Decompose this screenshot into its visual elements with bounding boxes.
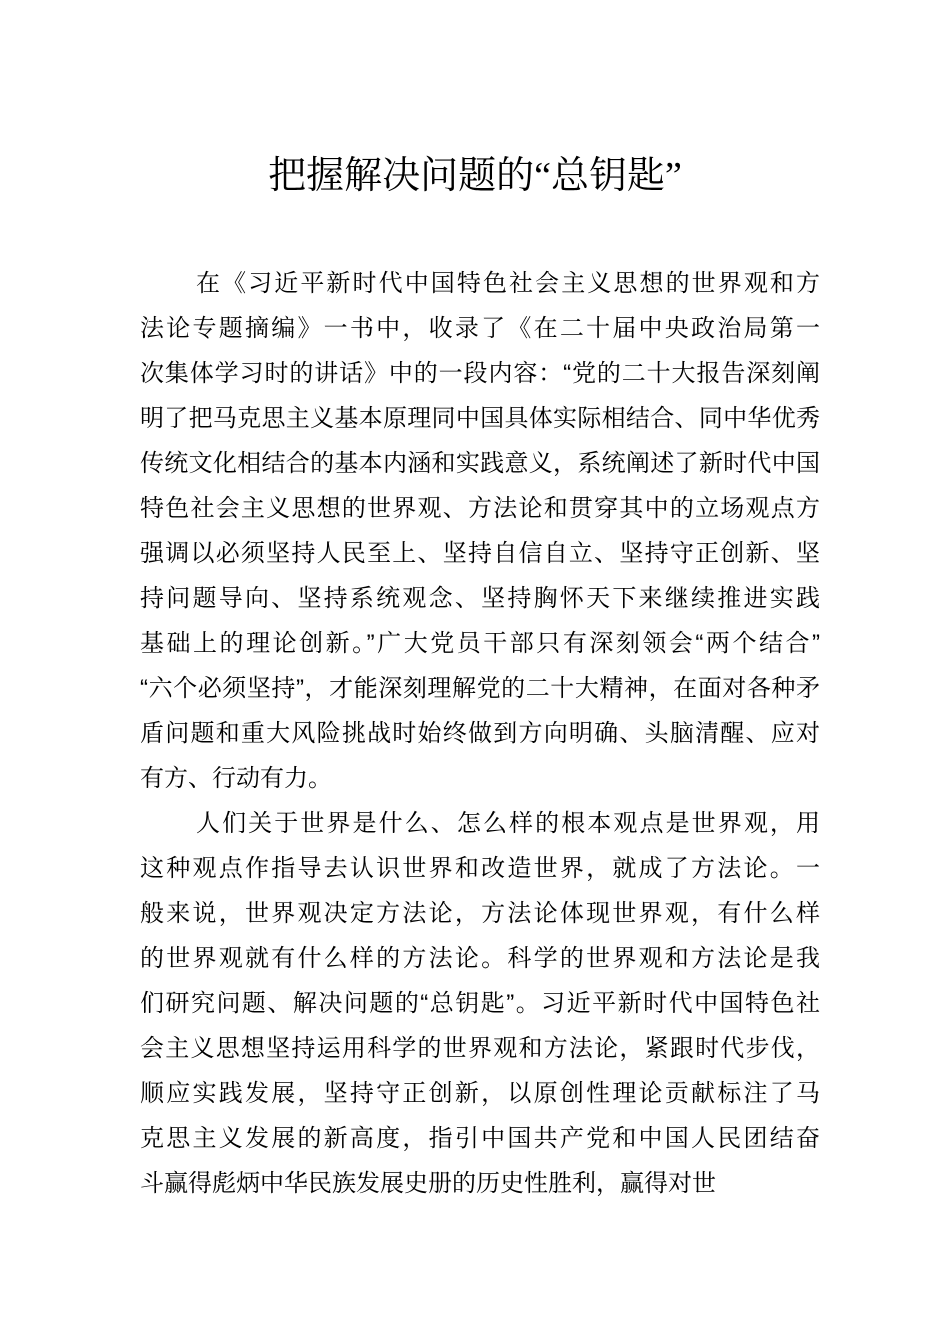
text-line: 特色社会主义思想的世界观、方法论和贯穿其中的立场观点方法， [140, 486, 820, 531]
text-line: 在《习近平新时代中国特色社会主义思想的世界观和方 [140, 261, 820, 306]
text-line: 会主义思想坚持运用科学的世界观和方法论，紧跟时代步伐， [140, 1026, 820, 1071]
text-line: 斗赢得彪炳中华民族发展史册的历史性胜利，赢得对世 [140, 1161, 820, 1206]
text-line: 盾问题和重大风险挑战时始终做到方向明确、头脑清醒、应对 [140, 711, 820, 756]
text-line: 般来说，世界观决定方法论，方法论体现世界观，有什么样 [140, 891, 820, 936]
text-line: 持问题导向、坚持系统观念、坚持胸怀天下来继续推进实践 [140, 576, 820, 621]
text-line: 明了把马克思主义基本原理同中国具体实际相结合、同中华优秀 [140, 396, 820, 441]
text-line: 法论专题摘编》一书中，收录了《在二十届中央政治局第一 [140, 306, 820, 351]
document-body: 在《习近平新时代中国特色社会主义思想的世界观和方法论专题摘编》一书中，收录了《在… [140, 261, 820, 1206]
text-line: 强调以必须坚持人民至上、坚持自信自立、坚持守正创新、坚 [140, 531, 820, 576]
text-line: 有方、行动有力。 [140, 756, 820, 801]
text-line: 基础上的理论创新。”广大党员干部只有深刻领会“两个结合” [140, 621, 820, 666]
text-line: 传统文化相结合的基本内涵和实践意义，系统阐述了新时代中国 [140, 441, 820, 486]
text-line: 次集体学习时的讲话》中的一段内容：“党的二十大报告深刻阐 [140, 351, 820, 396]
text-line: 克思主义发展的新高度，指引中国共产党和中国人民团结奋 [140, 1116, 820, 1161]
document-page: 把握解决问题的“总钥匙” 在《习近平新时代中国特色社会主义思想的世界观和方法论专… [0, 0, 950, 1344]
text-line: 人们关于世界是什么、怎么样的根本观点是世界观，用 [140, 801, 820, 846]
text-line: 顺应实践发展，坚持守正创新，以原创性理论贡献标注了马 [140, 1071, 820, 1116]
document-title: 把握解决问题的“总钥匙” [0, 153, 950, 199]
text-line: 们研究问题、解决问题的“总钥匙”。习近平新时代中国特色社 [140, 981, 820, 1026]
text-line: 的世界观就有什么样的方法论。科学的世界观和方法论是我 [140, 936, 820, 981]
text-line: 这种观点作指导去认识世界和改造世界，就成了方法论。一 [140, 846, 820, 891]
text-line: “六个必须坚持”，才能深刻理解党的二十大精神，在面对各种矛 [140, 666, 820, 711]
